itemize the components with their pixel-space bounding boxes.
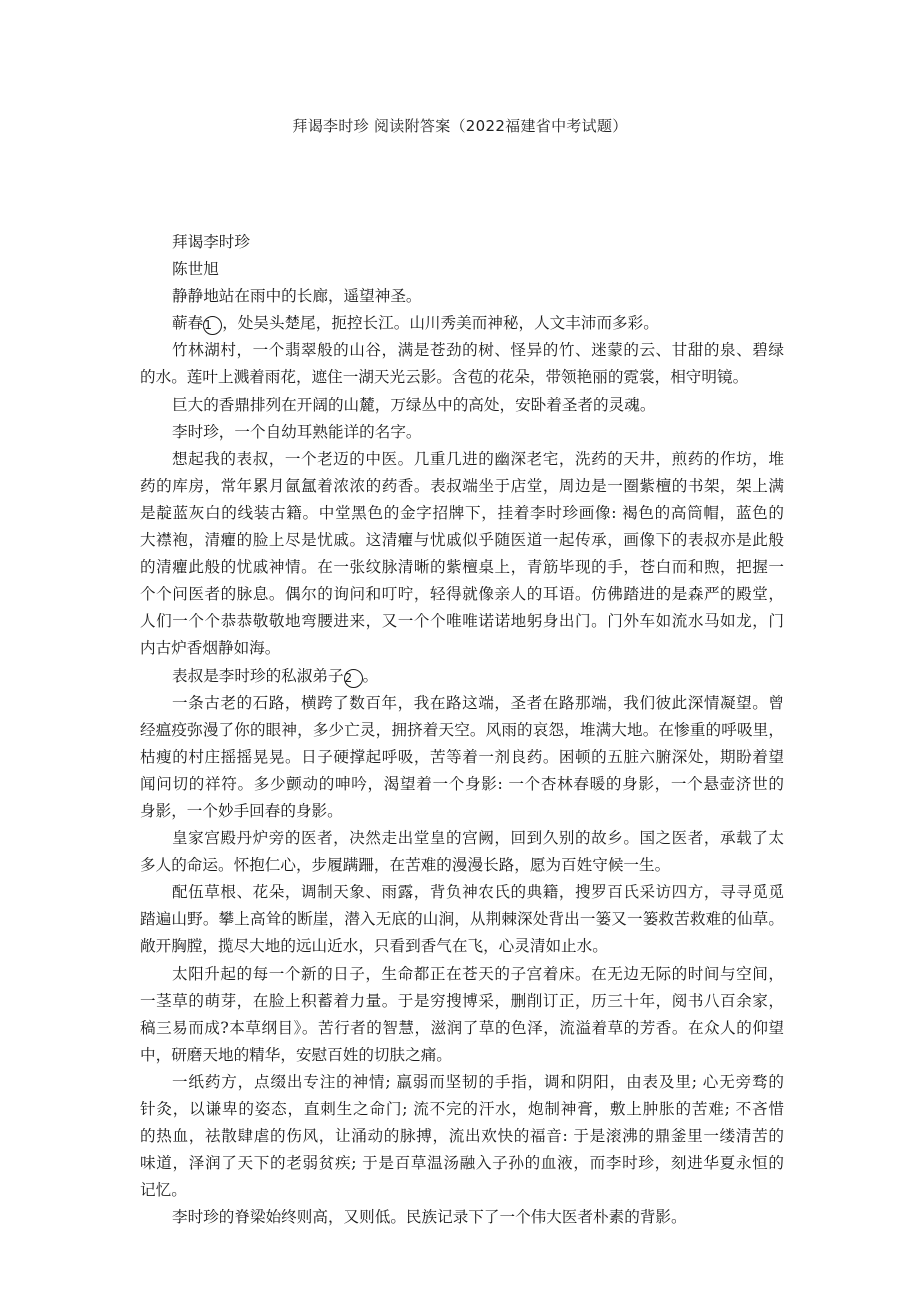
article-author: 陈世旭 [140,256,784,283]
text-segment: 。 [363,667,379,685]
paragraph-13: 李时珍的脊梁始终则高，又则低。民族记录下了一个伟大医者朴素的背影。 [140,1204,784,1231]
paragraph-line: 大襟袍，清癯的脸上尽是忧戚。这清癯与忧戚似乎随医道一起传承，画像下的表叔亦是此般 [140,527,784,554]
paragraph-9: 皇家宫殿丹炉旁的医者，决然走出堂皇的宫阙，回到久别的故乡。国之医者，承载了太 多… [140,825,784,879]
paragraph-line: 一条古老的石路，横跨了数百年，我在路这端，圣者在路那端，我们彼此深情凝望。曾 [140,690,784,717]
text-segment: ，处吴头楚尾，扼控长江。山川秀美而神秘，人文丰沛而多彩。 [222,314,659,332]
text-segment: 表叔是李时珍的私淑弟子 [172,667,344,685]
paragraph-line: 多人的命运。怀抱仁心，步履蹒跚，在苦难的漫漫长路，愿为百姓守候一生。 [140,852,784,879]
paragraph-line: 的清癯此般的忧戚神情。在一张纹脉清晰的紫檀桌上，青筋毕现的手，苍白而和煦，把握一 [140,554,784,581]
paragraph-8: 一条古老的石路，横跨了数百年，我在路这端，圣者在路那端，我们彼此深情凝望。曾 经… [140,690,784,825]
paragraph-line: 闻问切的祥符。多少颤动的呻吟，渴望着一个身影: 一个杏林春暖的身影，一个悬壶济世… [140,771,784,798]
paragraph-line: 竹林湖村，一个翡翠般的山谷，满是苍劲的树、怪异的竹、迷蒙的云、甘甜的泉、碧绿 [140,337,784,364]
paragraph-line: 的水。莲叶上溅着雨花，遮住一湖天光云影。含苞的花朵，带领艳丽的霓裳，相守明镜。 [140,364,784,391]
document-page: 拜谒李时珍 阅读附答案（2022福建省中考试题） 拜谒李时珍 陈世旭 静静地站在… [0,0,920,1302]
paragraph-6: 想起我的表叔，一个老迈的中医。几重几进的幽深老宅，洗药的天井，煎药的作坊，堆 药… [140,446,784,663]
paragraph-line: 个个问医者的脉息。偶尔的询问和叮咛，轻得就像亲人的耳语。仿佛踏进的是森严的殿堂， [140,581,784,608]
paragraph-line: 人们一个个恭恭敬敬地弯腰进来，又一个个唯唯诺诺地躬身出门。门外车如流水马如龙，门 [140,608,784,635]
paragraph-line: 想起我的表叔，一个老迈的中医。几重几进的幽深老宅，洗药的天井，煎药的作坊，堆 [140,446,784,473]
paragraph-line: 针灸，以谦卑的姿态，直刺生之命门; 流不完的汗水，炮制神膏，敷上肿胀的苦难; 不… [140,1096,784,1123]
paragraph-line: 记忆。 [140,1177,784,1204]
paragraph-line: 巨大的香鼎排列在开阔的山麓，万绿丛中的高处，安卧着圣者的灵魂。 [140,392,784,419]
text-segment: 蕲春 [172,314,203,332]
paragraph-line: 配伍草根、花朵，调制天象、雨露，背负神农氏的典籍，搜罗百氏采访四方，寻寻觅觅 [140,879,784,906]
paragraph-4: 巨大的香鼎排列在开阔的山麓，万绿丛中的高处，安卧着圣者的灵魂。 [140,392,784,419]
paragraph-line: 一纸药方，点缀出专注的神情; 羸弱而坚韧的手指，调和阴阳，由表及里; 心无旁骛的 [140,1069,784,1096]
footnote-marker-2: 2 [344,669,363,688]
paragraph-1: 静静地站在雨中的长廊，遥望神圣。 [140,283,784,310]
paragraph-12: 一纸药方，点缀出专注的神情; 羸弱而坚韧的手指，调和阴阳，由表及里; 心无旁骛的… [140,1069,784,1204]
paragraph-line: 经瘟疫弥漫了你的眼神，多少亡灵，拥挤着天空。风雨的哀怨，堆满大地。在惨重的呼吸里… [140,717,784,744]
paragraph-line: 一茎草的萌芽，在脸上积蓄着力量。于是穷搜博采，删削订正，历三十年，阅书八百余家， [140,988,784,1015]
paragraph-line: 内古炉香烟静如海。 [140,635,784,662]
paragraph-line: 身影，一个妙手回春的身影。 [140,798,784,825]
document-title: 拜谒李时珍 阅读附答案（2022福建省中考试题） [0,115,920,137]
paragraph-line: 枯瘦的村庄摇摇晃晃。日子硬撑起呼吸，苦等着一剂良药。困顿的五脏六腑深处，期盼着望 [140,744,784,771]
paragraph-5: 李时珍，一个自幼耳熟能详的名字。 [140,419,784,446]
article-title: 拜谒李时珍 [140,229,784,256]
paragraph-line: 的热血，祛散肆虐的伤风，让涌动的脉搏，流出欢快的福音: 于是滚沸的鼎釜里一缕清苦… [140,1123,784,1150]
paragraph-11: 太阳升起的每一个新的日子，生命都正在苍天的子宫着床。在无边无际的时间与空间， 一… [140,961,784,1069]
paragraph-line: 中，研磨天地的精华，安慰百姓的切肤之痛。 [140,1042,784,1069]
paragraph-3: 竹林湖村，一个翡翠般的山谷，满是苍劲的树、怪异的竹、迷蒙的云、甘甜的泉、碧绿 的… [140,337,784,391]
paragraph-line: 皇家宫殿丹炉旁的医者，决然走出堂皇的宫阙，回到久别的故乡。国之医者，承载了太 [140,825,784,852]
paragraph-line: 李时珍的脊梁始终则高，又则低。民族记录下了一个伟大医者朴素的背影。 [140,1204,784,1231]
paragraph-line: 是靛蓝灰白的线装古籍。中堂黑色的金字招牌下，挂着李时珍画像: 褐色的高筒帽，蓝色… [140,500,784,527]
paragraph-line: 敞开胸膛，揽尽大地的远山近水，只看到香气在飞，心灵清如止水。 [140,933,784,960]
paragraph-line: 静静地站在雨中的长廊，遥望神圣。 [140,283,784,310]
paragraph-line: 踏遍山野。攀上高耸的断崖，潜入无底的山涧，从荆棘深处背出一篓又一篓救苦救难的仙草… [140,906,784,933]
paragraph-7: 表叔是李时珍的私淑弟子2。 [140,663,784,690]
article-body: 拜谒李时珍 陈世旭 静静地站在雨中的长廊，遥望神圣。 蕲春1，处吴头楚尾，扼控长… [140,229,784,1231]
paragraph-2: 蕲春1，处吴头楚尾，扼控长江。山川秀美而神秘，人文丰沛而多彩。 [140,310,784,337]
paragraph-line: 蕲春1，处吴头楚尾，扼控长江。山川秀美而神秘，人文丰沛而多彩。 [140,310,784,337]
paragraph-line: 药的库房，常年累月氤氲着浓浓的药香。表叔端坐于店堂，周边是一圈紫檀的书架，架上满 [140,473,784,500]
paragraph-line: 味道，泽润了天下的老弱贫疾; 于是百草温汤融入子孙的血液，而李时珍，刻进华夏永恒… [140,1150,784,1177]
paragraph-line: 稿三易而成?本草纲目》。苦行者的智慧，滋润了草的色泽，流溢着草的芳香。在众人的仰… [140,1015,784,1042]
paragraph-line: 李时珍，一个自幼耳熟能详的名字。 [140,419,784,446]
paragraph-line: 太阳升起的每一个新的日子，生命都正在苍天的子宫着床。在无边无际的时间与空间， [140,961,784,988]
paragraph-10: 配伍草根、花朵，调制天象、雨露，背负神农氏的典籍，搜罗百氏采访四方，寻寻觅觅 踏… [140,879,784,960]
paragraph-line: 表叔是李时珍的私淑弟子2。 [140,663,784,690]
footnote-marker-1: 1 [203,316,222,335]
